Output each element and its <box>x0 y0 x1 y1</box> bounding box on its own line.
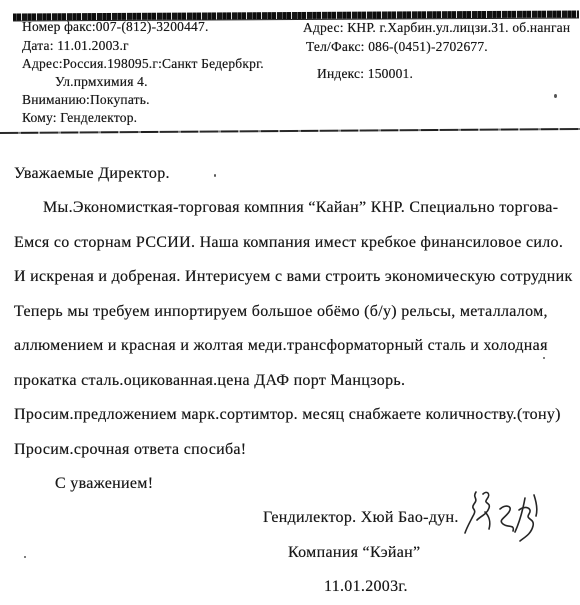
body-line: И искреная и добреная. Интерисуем с вами… <box>14 268 573 286</box>
attention-line: Вниманию:Покупать. <box>22 92 150 108</box>
body-line: Просим.срочная ответа спосиба! <box>14 441 246 459</box>
tel-fax-line: Тел/Факс: 086-(0451)-2702677. <box>306 39 488 55</box>
postal-index-line: Индекс: 150001. <box>317 66 413 82</box>
address-russia-line: Адрес:Россия.198095.г:Санкт Бедербкрг. <box>22 56 264 72</box>
body-line: Теперь мы требуем инпортируем большое об… <box>14 303 548 321</box>
scan-speckle <box>214 174 216 177</box>
salutation-line: Уважаемые Директор. <box>14 165 170 183</box>
scan-speckle <box>24 556 26 558</box>
scan-speckle <box>543 357 545 359</box>
director-signature-line: Гендилектор. Хюй Бао-дун. <box>263 509 459 527</box>
street-line: Ул.прмхимия 4. <box>55 74 148 90</box>
header-separator-line <box>0 128 580 134</box>
fax-number-line: Номер факс:007-(812)-3200447. <box>22 19 209 35</box>
fax-letter-page: Номер факс:007-(812)-3200447. Дата: 11.0… <box>0 0 580 605</box>
body-line: Мы.Экономисткая-торговая компния “Кайан”… <box>43 199 558 217</box>
signoff-date-line: 11.01.2003г. <box>324 578 408 596</box>
body-line: Емся со сторнам РССИИ. Наша компания име… <box>14 234 563 252</box>
handwritten-chinese-signature-icon <box>462 485 544 545</box>
body-line: аллюмением и красная и жолтая меди.транс… <box>14 337 548 355</box>
body-line: прокатка сталь.оцикованная.цена ДАФ порт… <box>14 372 405 390</box>
regards-line: С уважением! <box>55 475 153 493</box>
body-line: Просим.предложением марк.сортимтор. меся… <box>14 406 561 424</box>
address-china-line: Адрес: КНР. г.Харбин.ул.лицзи.31. об.нан… <box>303 20 570 36</box>
company-line: Компания “Кэйан” <box>288 544 420 562</box>
scan-speckle <box>554 94 557 98</box>
date-line: Дата: 11.01.2003.г <box>22 38 129 54</box>
to-line: Кому: Генделектор. <box>22 110 137 126</box>
